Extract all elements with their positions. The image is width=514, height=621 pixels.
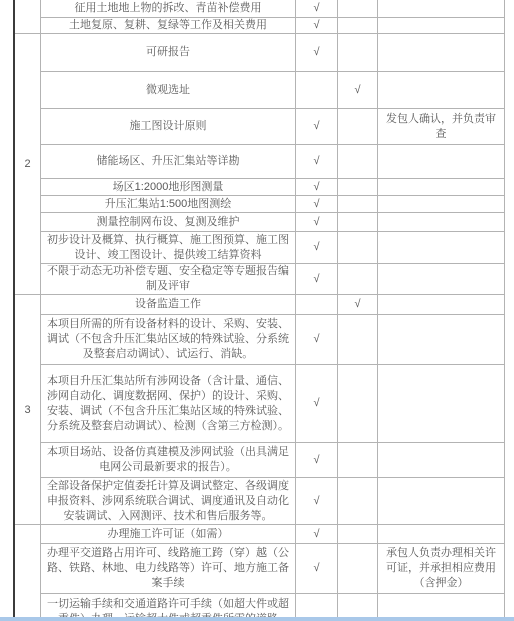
- task-description-cell: 施工图设计原则: [41, 109, 296, 144]
- table-row: 土地复原、复耕、复绿等工作及相关费用 √: [41, 17, 504, 33]
- check-cell-contractor: √: [296, 232, 338, 263]
- task-description-cell: 升压汇集站1:500地图测绘: [41, 196, 296, 212]
- check-cell-employer: [338, 34, 378, 71]
- table-row: 设备监造工作 √: [41, 295, 504, 314]
- table-row: 升压汇集站1:500地图测绘 √: [41, 195, 504, 212]
- remark-cell: [378, 295, 504, 314]
- check-cell-contractor: √: [296, 196, 338, 212]
- remark-cell: [378, 315, 504, 364]
- task-description-cell: 微观选址: [41, 72, 296, 108]
- task-description-cell: 场区1:2000地形图测量: [41, 179, 296, 195]
- check-cell-employer: [338, 0, 378, 17]
- check-cell-contractor: √: [296, 544, 338, 593]
- task-description-cell: 可研报告: [41, 34, 296, 71]
- table-row: 测量控制网布设、复测及维护 √: [41, 212, 504, 231]
- table-row: 全部设备保护定值委托计算及调试整定、各级调度申报资料、涉网系统联合调试、调度通讯…: [41, 477, 504, 524]
- check-cell-contractor: √: [296, 443, 338, 477]
- remark-cell: [378, 0, 504, 17]
- table-row: 初步设计及概算、执行概算、施工图预算、施工图设计、竣工图设计、提供竣工结算资料 …: [41, 231, 504, 263]
- section-number: 3: [15, 295, 41, 524]
- check-cell-contractor: √: [296, 478, 338, 524]
- task-description-cell: 不限于动态无功补偿专题、安全稳定等专题报告编制及评审: [41, 264, 296, 294]
- remark-cell: 发包人确认，并负责审查: [378, 109, 504, 144]
- table-section-1: 征用土地地上物的拆改、青苗补偿费用 √ 土地复原、复耕、复绿等工作及相关费用 √: [15, 0, 504, 33]
- check-cell-employer: [338, 525, 378, 543]
- bottom-highlight-strip: [0, 617, 514, 621]
- task-description-cell: 征用土地地上物的拆改、青苗补偿费用: [41, 0, 296, 17]
- check-cell-contractor: √: [296, 213, 338, 231]
- remark-cell: [378, 365, 504, 442]
- check-cell-employer: [338, 315, 378, 364]
- remark-cell: [378, 232, 504, 263]
- table-section-4: 办理施工许可证（如需） √ 办理平交道路占用许可、线路施工跨（穿）越（公路、铁路…: [15, 524, 504, 621]
- task-description-cell: 本项目升压汇集站所有涉网设备（含计量、通信、涉网自动化、调度数据网、保护）的设计…: [41, 365, 296, 442]
- remark-cell: [378, 18, 504, 33]
- check-cell-employer: [338, 478, 378, 524]
- task-description-cell: 测量控制网布设、复测及维护: [41, 213, 296, 231]
- check-cell-contractor: √: [296, 18, 338, 33]
- check-cell-employer: [338, 213, 378, 231]
- section-rows: 设备监造工作 √ 本项目所需的所有设备材料的设计、采购、安装、调试（不包含升压汇…: [41, 295, 504, 524]
- remark-cell: [378, 145, 504, 178]
- table-section-3: 3 设备监造工作 √ 本项目所需的所有设备材料的设计、采购、安装、调试（不包含升…: [15, 294, 504, 524]
- table-row: 办理施工许可证（如需） √: [41, 525, 504, 543]
- table-row: 微观选址 √: [41, 71, 504, 108]
- task-description-cell: 储能场区、升压汇集站等详勘: [41, 145, 296, 178]
- section-rows: 办理施工许可证（如需） √ 办理平交道路占用许可、线路施工跨（穿）越（公路、铁路…: [41, 525, 504, 621]
- remark-cell: [378, 196, 504, 212]
- check-cell-contractor: √: [296, 315, 338, 364]
- table-row: 本项目场站、设备仿真建模及涉网试验（出具满足电网公司最新要求的报告）。 √: [41, 442, 504, 477]
- remark-cell: [378, 179, 504, 195]
- check-cell-contractor: √: [296, 179, 338, 195]
- section-number: [15, 525, 41, 621]
- check-cell-contractor: [296, 72, 338, 108]
- check-cell-employer: √: [338, 295, 378, 314]
- check-cell-employer: [338, 179, 378, 195]
- remark-cell: [378, 478, 504, 524]
- task-description-cell: 土地复原、复耕、复绿等工作及相关费用: [41, 18, 296, 33]
- check-cell-employer: [338, 365, 378, 442]
- check-cell-employer: [338, 196, 378, 212]
- remark-cell: [378, 525, 504, 543]
- section-number: 2: [15, 34, 41, 294]
- check-cell-employer: [338, 18, 378, 33]
- table-section-2: 2 可研报告 √ 微观选址 √ 施工图设计原则 √ 发包人确认，并负责审查: [15, 33, 504, 294]
- task-description-cell: 本项目所需的所有设备材料的设计、采购、安装、调试（不包含升压汇集站区域的特殊试验…: [41, 315, 296, 364]
- task-description-cell: 本项目场站、设备仿真建模及涉网试验（出具满足电网公司最新要求的报告）。: [41, 443, 296, 477]
- remark-cell: 承包人负责办理相关许可证，并承担相应费用（含押金）: [378, 544, 504, 593]
- task-description-cell: 设备监造工作: [41, 295, 296, 314]
- remark-cell: [378, 443, 504, 477]
- check-cell-contractor: √: [296, 365, 338, 442]
- task-description-cell: 办理平交道路占用许可、线路施工跨（穿）越（公路、铁路、林地、电力线路等）许可、地…: [41, 544, 296, 593]
- table-row: 储能场区、升压汇集站等详勘 √: [41, 144, 504, 178]
- remark-cell: [378, 72, 504, 108]
- check-cell-contractor: √: [296, 145, 338, 178]
- table-row: 可研报告 √: [41, 34, 504, 71]
- table-row: 征用土地地上物的拆改、青苗补偿费用 √: [41, 0, 504, 17]
- remark-cell: [378, 264, 504, 294]
- check-cell-contractor: √: [296, 264, 338, 294]
- table-row: 本项目所需的所有设备材料的设计、采购、安装、调试（不包含升压汇集站区域的特殊试验…: [41, 314, 504, 364]
- table-row: 不限于动态无功补偿专题、安全稳定等专题报告编制及评审 √: [41, 263, 504, 294]
- check-cell-contractor: √: [296, 525, 338, 543]
- check-cell-contractor: √: [296, 0, 338, 17]
- check-cell-employer: [338, 264, 378, 294]
- section-rows: 征用土地地上物的拆改、青苗补偿费用 √ 土地复原、复耕、复绿等工作及相关费用 √: [41, 0, 504, 33]
- check-cell-contractor: √: [296, 109, 338, 144]
- table-row: 施工图设计原则 √ 发包人确认，并负责审查: [41, 108, 504, 144]
- table-row: 办理平交道路占用许可、线路施工跨（穿）越（公路、铁路、林地、电力线路等）许可、地…: [41, 543, 504, 593]
- task-description-cell: 全部设备保护定值委托计算及调试整定、各级调度申报资料、涉网系统联合调试、调度通讯…: [41, 478, 296, 524]
- check-cell-employer: [338, 145, 378, 178]
- check-cell-contractor: [296, 295, 338, 314]
- section-number: [15, 0, 41, 33]
- responsibility-table: 征用土地地上物的拆改、青苗补偿费用 √ 土地复原、复耕、复绿等工作及相关费用 √…: [13, 0, 505, 621]
- check-cell-employer: [338, 544, 378, 593]
- task-description-cell: 办理施工许可证（如需）: [41, 525, 296, 543]
- check-cell-employer: [338, 232, 378, 263]
- remark-cell: [378, 213, 504, 231]
- section-rows: 可研报告 √ 微观选址 √ 施工图设计原则 √ 发包人确认，并负责审查 储能场区…: [41, 34, 504, 294]
- check-cell-employer: [338, 109, 378, 144]
- remark-cell: [378, 34, 504, 71]
- check-cell-employer: [338, 443, 378, 477]
- table-row: 场区1:2000地形图测量 √: [41, 178, 504, 195]
- task-description-cell: 初步设计及概算、执行概算、施工图预算、施工图设计、竣工图设计、提供竣工结算资料: [41, 232, 296, 263]
- check-cell-employer: √: [338, 72, 378, 108]
- check-cell-contractor: √: [296, 34, 338, 71]
- table-row: 本项目升压汇集站所有涉网设备（含计量、通信、涉网自动化、调度数据网、保护）的设计…: [41, 364, 504, 442]
